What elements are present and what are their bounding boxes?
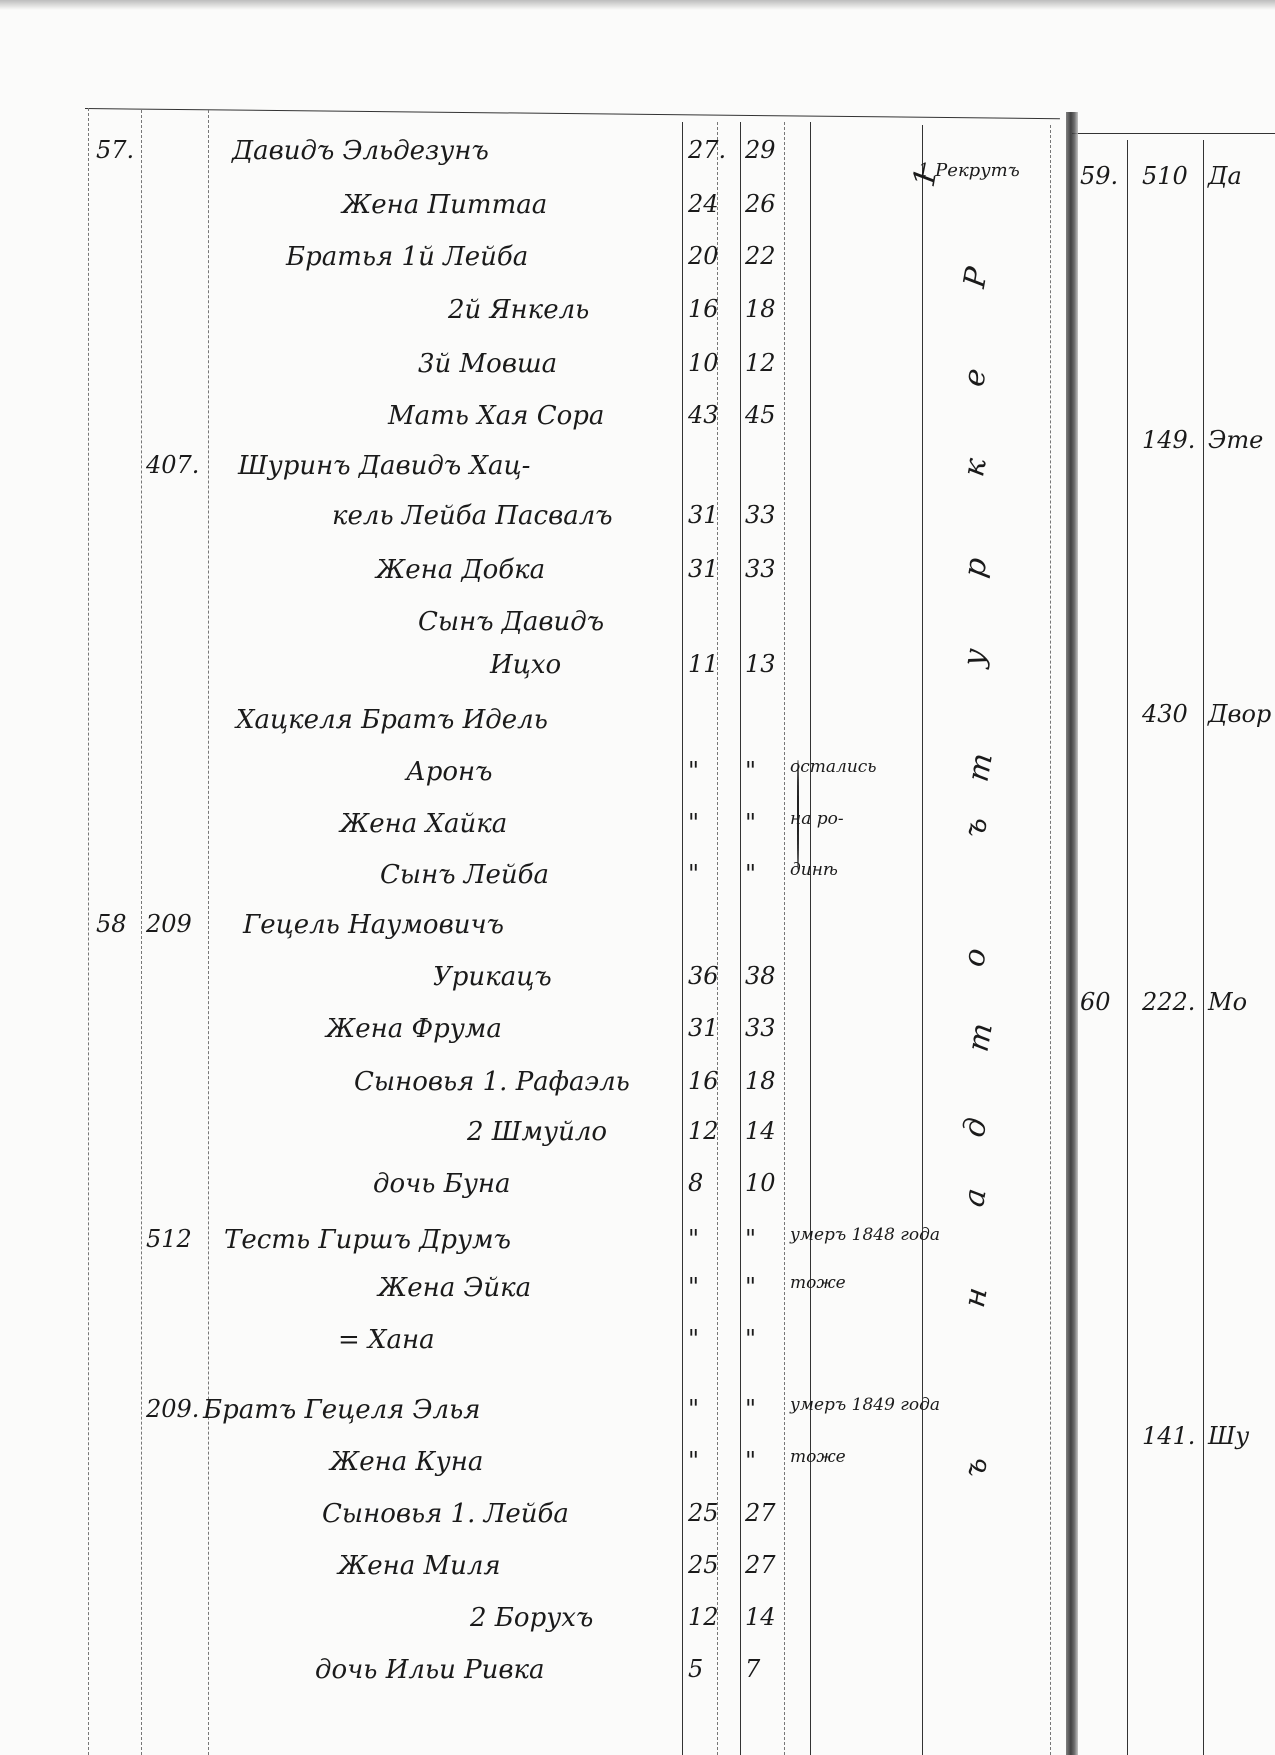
house-number: 141. (1142, 1422, 1195, 1450)
age-previous: 43 (688, 401, 719, 429)
age-previous: " (688, 1325, 699, 1353)
house-number: 512 (146, 1225, 192, 1253)
person-name: Жена Питтаа (342, 190, 547, 220)
age-previous: " (688, 1273, 699, 1301)
column-rule (922, 125, 923, 1755)
age-previous: " (688, 1447, 699, 1475)
house-number: 510 (1142, 162, 1188, 190)
age-current: 7 (745, 1655, 760, 1683)
person-name: 2 Борухъ (470, 1603, 593, 1633)
age-current: 26 (745, 190, 776, 218)
column-rule (88, 108, 89, 1755)
column-rule (784, 122, 785, 1755)
margin-letter: н (957, 1285, 995, 1311)
column-rule (810, 122, 811, 1755)
person-name: 3й Мовша (418, 349, 557, 379)
house-number: 209. (146, 1395, 199, 1423)
ledger-page: 1 Рекрутъ 57.Давидъ Эльдезунъ27.29Жена П… (0, 0, 1275, 1755)
house-number: 209 (146, 910, 192, 938)
age-previous: 25 (688, 1551, 719, 1579)
age-previous: 27. (688, 136, 726, 164)
age-current: 45 (745, 401, 776, 429)
age-current: 12 (745, 349, 776, 377)
age-current: 33 (745, 501, 776, 529)
age-current: " (745, 757, 756, 785)
person-name-fragment: Да (1208, 162, 1242, 190)
family-number: 60 (1080, 988, 1111, 1016)
person-name: Жена Миля (338, 1551, 501, 1581)
age-previous: " (688, 1395, 699, 1423)
age-previous: 31 (688, 555, 719, 583)
person-name: Жена Хайка (340, 809, 507, 839)
remark: остались (790, 757, 877, 777)
person-name: 2й Янкель (448, 295, 589, 325)
person-name: Хацкеля Братъ Идель (236, 705, 548, 735)
person-name: = Хана (338, 1325, 435, 1355)
age-current: " (745, 1273, 756, 1301)
age-current: 33 (745, 555, 776, 583)
remark: умеръ 1848 года (790, 1225, 940, 1245)
age-current: " (745, 1395, 756, 1423)
age-current: 13 (745, 650, 776, 678)
margin-letter: т (961, 1020, 1000, 1054)
column-rule (1050, 125, 1051, 1755)
house-number: 430 (1142, 700, 1188, 728)
margin-letter: ъ (957, 815, 995, 841)
age-current: 14 (745, 1117, 776, 1145)
header-rule (85, 108, 1060, 119)
age-current: 29 (745, 136, 776, 164)
age-previous: 36 (688, 962, 719, 990)
person-name: Сынъ Лейба (380, 860, 549, 890)
family-number: 58 (96, 910, 127, 938)
age-current: 22 (745, 242, 776, 270)
person-name: Гецель Наумовичъ (243, 910, 504, 940)
age-current: 27 (745, 1499, 776, 1527)
family-number: 59. (1080, 162, 1118, 190)
margin-letter: ъ (957, 1455, 995, 1481)
margin-letter: д (957, 1115, 995, 1140)
age-previous: " (688, 809, 699, 837)
age-current: 38 (745, 962, 776, 990)
age-current: " (745, 809, 756, 837)
age-previous: 12 (688, 1117, 719, 1145)
age-current: 18 (745, 295, 776, 323)
margin-letter: т (961, 750, 1000, 784)
column-rule (1203, 140, 1204, 1755)
person-name: Братья 1й Лейба (286, 242, 528, 272)
person-name: Сыновья 1. Лейба (322, 1499, 569, 1529)
person-name: Мать Хая Сора (388, 401, 604, 431)
person-name: Сынъ Давидъ (418, 607, 604, 637)
column-rule (208, 110, 209, 1755)
person-name: Жена Эйка (378, 1273, 531, 1303)
margin-letter: р (957, 555, 995, 580)
remark: тоже (790, 1447, 846, 1467)
age-previous: 31 (688, 1014, 719, 1042)
person-name: Давидъ Эльдезунъ (232, 136, 489, 166)
age-previous: 10 (688, 349, 719, 377)
page-fold-shadow (1066, 112, 1078, 1755)
age-previous: 24 (688, 190, 719, 218)
person-name-fragment: Эте (1208, 426, 1263, 454)
column-rule (682, 122, 683, 1755)
age-previous: 20 (688, 242, 719, 270)
remark: тоже (790, 1273, 846, 1293)
age-previous: 31 (688, 501, 719, 529)
person-name: Сыновья 1. Рафаэль (354, 1067, 630, 1097)
scanner-edge (0, 0, 1275, 10)
age-current: " (745, 1447, 756, 1475)
family-number: 57. (96, 136, 134, 164)
person-name: Шуринъ Давидъ Хац- (238, 451, 530, 481)
age-previous: " (688, 860, 699, 888)
note-brace (797, 760, 799, 870)
age-current: 18 (745, 1067, 776, 1095)
age-previous: 11 (688, 650, 719, 678)
remark: умеръ 1849 года (790, 1395, 940, 1415)
house-number: 149. (1142, 426, 1195, 454)
person-name: Урикацъ (433, 962, 552, 992)
age-previous: 12 (688, 1603, 719, 1631)
age-current: 27 (745, 1551, 776, 1579)
column-rule (141, 110, 142, 1755)
age-previous: " (688, 757, 699, 785)
person-name: Жена Добка (376, 555, 545, 585)
age-current: " (745, 1225, 756, 1253)
age-current: 14 (745, 1603, 776, 1631)
age-current: 33 (745, 1014, 776, 1042)
age-previous: 5 (688, 1655, 703, 1683)
person-name: Братъ Гецеля Элья (203, 1395, 480, 1425)
person-name-fragment: Мо (1208, 988, 1247, 1016)
person-name: Тесть Гиршъ Друмъ (224, 1225, 511, 1255)
age-previous: 16 (688, 1067, 719, 1095)
age-current: " (745, 1325, 756, 1353)
age-current: " (745, 860, 756, 888)
column-rule (1127, 140, 1128, 1755)
margin-letter: к (956, 456, 994, 480)
column-rule (740, 122, 741, 1755)
person-name: Жена Куна (330, 1447, 483, 1477)
age-previous: " (688, 1225, 699, 1253)
age-previous: 16 (688, 295, 719, 323)
age-previous: 25 (688, 1499, 719, 1527)
house-number: 222. (1142, 988, 1195, 1016)
margin-letter: е (956, 366, 994, 390)
person-name: кель Лейба Пасвалъ (332, 501, 613, 531)
person-name: 2 Шмуйло (467, 1117, 607, 1147)
house-number: 407. (146, 451, 199, 479)
margin-letter: Р (957, 265, 995, 291)
age-current: 10 (745, 1169, 776, 1197)
person-name: дочь Буна (373, 1169, 511, 1199)
person-name: Аронъ (406, 757, 492, 787)
margin-letter: а (956, 1186, 994, 1210)
person-name: дочь Ильи Ривка (315, 1655, 545, 1685)
person-name-fragment: Шу (1208, 1422, 1249, 1450)
person-name: Ицхо (490, 650, 561, 680)
header-rule-right (1072, 133, 1275, 134)
margin-letter: у (956, 646, 993, 669)
age-previous: 8 (688, 1169, 703, 1197)
person-name-fragment: Двор (1208, 700, 1271, 728)
person-name: Жена Фрума (326, 1014, 502, 1044)
margin-letter: о (956, 946, 994, 970)
